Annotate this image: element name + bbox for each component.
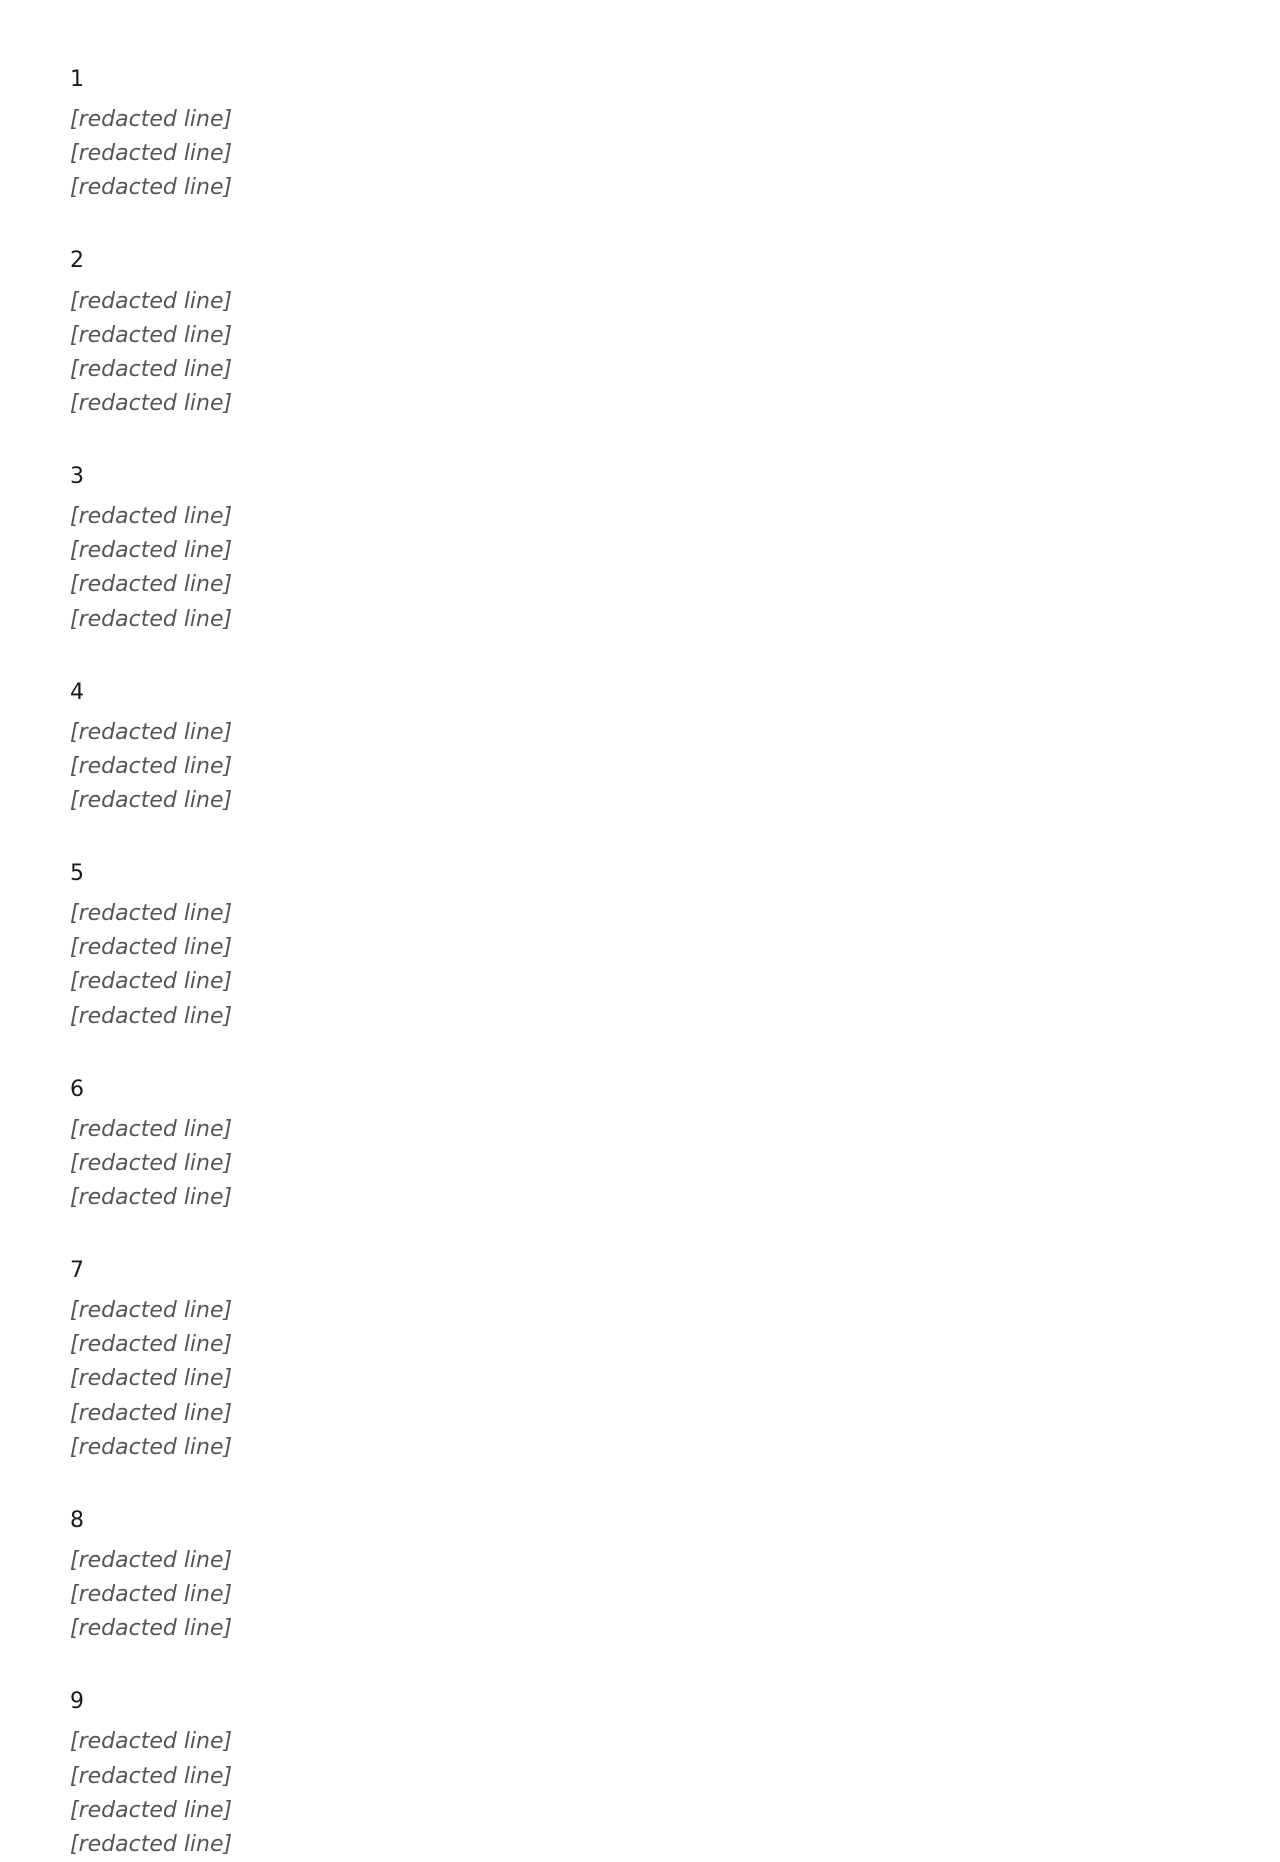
section-number: 2 — [70, 243, 1210, 278]
text-line-redacted: [redacted line] — [70, 171, 1210, 205]
text-section: 3[redacted line][redacted line][redacted… — [70, 459, 1210, 637]
text-line-redacted: [redacted line] — [70, 353, 1210, 387]
text-line-redacted: [redacted line] — [70, 568, 1210, 602]
section-number: 7 — [70, 1253, 1210, 1288]
text-section: 6[redacted line][redacted line][redacted… — [70, 1072, 1210, 1215]
text-line-redacted: [redacted line] — [70, 1431, 1210, 1465]
text-line-redacted: [redacted line] — [70, 1612, 1210, 1646]
text-line-redacted: [redacted line] — [70, 1000, 1210, 1034]
text-line-redacted: [redacted line] — [70, 387, 1210, 421]
text-section: 5[redacted line][redacted line][redacted… — [70, 856, 1210, 1034]
section-number: 6 — [70, 1072, 1210, 1107]
text-line-redacted: [redacted line] — [70, 897, 1210, 931]
text-line-redacted: [redacted line] — [70, 137, 1210, 171]
text-document-page: 1[redacted line][redacted line][redacted… — [0, 0, 1280, 1810]
text-section: 9[redacted line][redacted line][redacted… — [70, 1684, 1210, 1862]
text-line-redacted: [redacted line] — [70, 534, 1210, 568]
section-number: 3 — [70, 459, 1210, 494]
text-line-redacted: [redacted line] — [70, 931, 1210, 965]
text-line-redacted: [redacted line] — [70, 784, 1210, 818]
text-section: 7[redacted line][redacted line][redacted… — [70, 1253, 1210, 1465]
text-line-redacted: [redacted line] — [70, 1828, 1210, 1862]
text-section: 1[redacted line][redacted line][redacted… — [70, 62, 1210, 205]
text-line-redacted: [redacted line] — [70, 1181, 1210, 1215]
section-number: 1 — [70, 62, 1210, 97]
text-line-redacted: [redacted line] — [70, 1328, 1210, 1362]
text-line-redacted: [redacted line] — [70, 319, 1210, 353]
text-line-redacted: [redacted line] — [70, 603, 1210, 637]
text-line-redacted: [redacted line] — [70, 500, 1210, 534]
text-line-redacted: [redacted line] — [70, 1760, 1210, 1794]
text-line-redacted: [redacted line] — [70, 285, 1210, 319]
text-line-redacted: [redacted line] — [70, 1147, 1210, 1181]
text-line-redacted: [redacted line] — [70, 1397, 1210, 1431]
text-line-redacted: [redacted line] — [70, 1362, 1210, 1396]
text-line-redacted: [redacted line] — [70, 716, 1210, 750]
text-line-redacted: [redacted line] — [70, 1544, 1210, 1578]
text-line-redacted: [redacted line] — [70, 103, 1210, 137]
section-number: 8 — [70, 1503, 1210, 1538]
text-line-redacted: [redacted line] — [70, 1725, 1210, 1759]
text-line-redacted: [redacted line] — [70, 1294, 1210, 1328]
text-line-redacted: [redacted line] — [70, 750, 1210, 784]
text-line-redacted: [redacted line] — [70, 1578, 1210, 1612]
text-section: 8[redacted line][redacted line][redacted… — [70, 1503, 1210, 1646]
text-section: 4[redacted line][redacted line][redacted… — [70, 675, 1210, 818]
text-line-redacted: [redacted line] — [70, 1113, 1210, 1147]
section-number: 4 — [70, 675, 1210, 710]
text-line-redacted: [redacted line] — [70, 965, 1210, 999]
section-number: 9 — [70, 1684, 1210, 1719]
section-number: 5 — [70, 856, 1210, 891]
text-section: 2[redacted line][redacted line][redacted… — [70, 243, 1210, 421]
text-line-redacted: [redacted line] — [70, 1794, 1210, 1828]
